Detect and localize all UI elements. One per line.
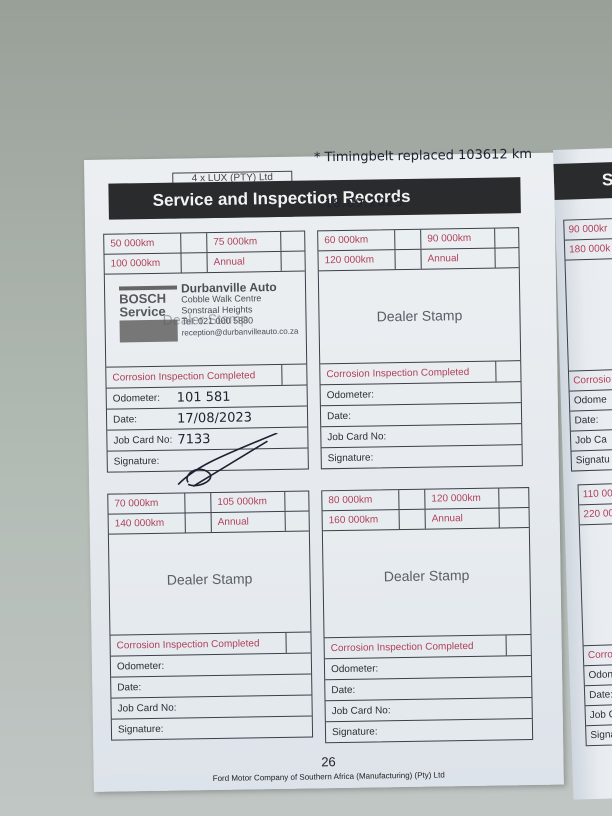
interval-label: 120 000km [318,250,395,270]
corrosion-checkbox[interactable] [281,365,306,385]
dealer-stamp-area: BOSCHService Durbanville Auto Cobble Wal… [105,272,306,368]
next-page-title: S [553,161,612,200]
interval-checkbox[interactable] [499,488,528,507]
interval-checkbox[interactable] [181,253,207,272]
odometer-value: 101 581 [177,389,231,405]
next-page-card-2: 110 000 220 00 Corro Odon Date: Job C Si… [578,481,612,747]
interval-checkbox[interactable] [395,230,421,249]
service-card-1: 50 000km75 000km 100 000kmAnnual BOSCHSe… [103,231,309,473]
interval-label: 80 000km [322,490,399,510]
corrosion-checkbox[interactable] [495,361,520,381]
interval-checkbox[interactable] [281,232,304,251]
service-card-3: 70 000km105 000km 140 000kmAnnual Dealer… [107,491,313,741]
interval-checkbox[interactable] [395,250,421,269]
date-value: 17/08/2023 [177,410,252,426]
interval-label: 75 000km [207,232,281,252]
interval-label: 60 000km [318,230,395,250]
dealer-stamp-label: Dealer Stamp [109,570,309,589]
interval-checkbox[interactable] [495,248,518,267]
interval-label: Annual [207,252,281,272]
signature-row: Signature: [108,449,308,472]
corrosion-checkbox[interactable] [506,635,531,655]
interval-label: 50 000km [104,233,181,253]
interval-label: 100 000km [104,253,181,273]
interval-checkbox[interactable] [286,512,309,531]
service-record-page: 4 x LUX (PTY) Ltd Service and Inspection… [84,153,564,792]
interval-label: 140 000km [109,513,186,533]
interval-label: Annual [421,249,495,269]
dealer-stamp-area: Dealer Stamp [319,268,520,364]
interval-checkbox[interactable] [185,493,211,512]
interval-checkbox[interactable] [285,492,308,511]
interval-label: Annual [426,509,500,529]
interval-label: 120 000km [425,489,499,509]
service-card-2: 60 000km90 000km 120 000kmAnnual Dealer … [317,227,523,469]
handwritten-note: * Timingbelt replaced 103612 km [314,147,532,165]
interval-checkbox[interactable] [281,252,304,271]
interval-label: Annual [212,512,286,532]
interval-checkbox[interactable] [400,510,426,529]
interval-label: 160 000km [323,510,400,530]
interval-label: 90 000km [421,229,495,249]
signature-row: Signature: [322,445,522,468]
signature-row: Signature: [326,719,532,742]
next-page-card-1: 90 000kr 180 000k Corrosio Odome Date: J… [563,216,612,472]
signature-row: Signature: [112,716,312,739]
interval-checkbox[interactable] [495,228,518,247]
dealer-stamp-area: Dealer Stamp [323,528,531,638]
interval-checkbox[interactable] [181,233,207,252]
service-card-4: 80 000km120 000km 160 000kmAnnual Dealer… [321,487,533,743]
page-title: Service and Inspection Records [108,177,521,219]
interval-checkbox[interactable] [186,513,212,532]
corrosion-checkbox[interactable] [285,633,310,653]
handwritten-date: 18.09.2023 [325,195,404,210]
dealer-stamp-label: Dealer Stamp [319,306,519,325]
interval-checkbox[interactable] [500,508,529,527]
dealer-stamp-label: Dealer Stamp [105,310,305,329]
interval-label: 70 000km [108,493,185,513]
signature-scribble [167,433,288,495]
dealer-stamp-area: Dealer Stamp [109,532,311,636]
dealer-stamp-label: Dealer Stamp [323,566,529,585]
interval-label: 105 000km [211,492,285,512]
interval-checkbox[interactable] [399,490,425,509]
